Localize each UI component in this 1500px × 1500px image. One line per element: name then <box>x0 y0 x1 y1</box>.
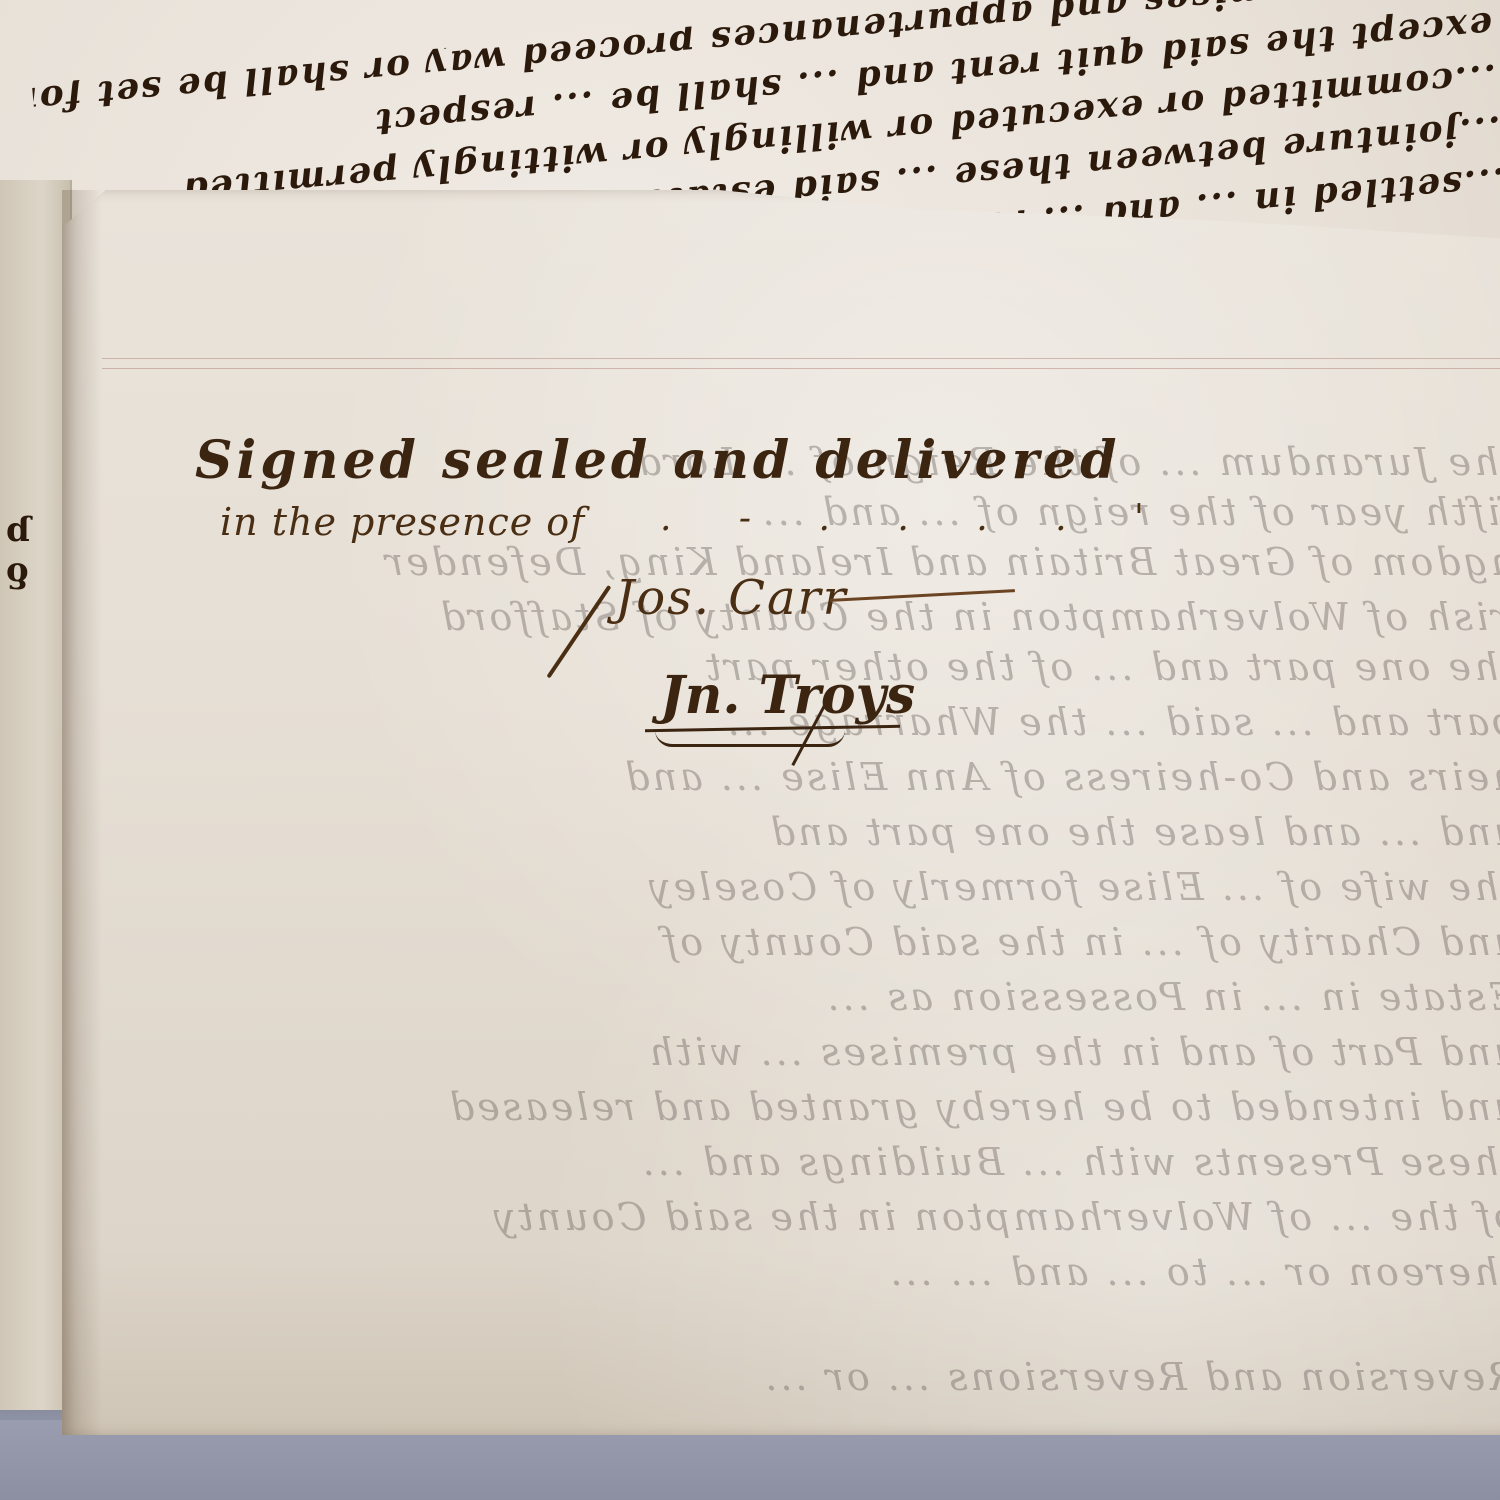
fold-shadow <box>62 190 102 1435</box>
signature-witness-2: Jn. Troys <box>660 665 915 726</box>
show-through-line: ...Reversion and Reversions ... or ... <box>82 1355 1500 1399</box>
show-through-line: ...of the ... of Wolverhampton in the sa… <box>82 1195 1500 1239</box>
show-through-line: ...thereon or ... to ... and ... ... <box>82 1250 1500 1294</box>
attestation-heading: Signed sealed and delivered <box>195 430 1120 491</box>
ruled-line <box>102 368 1500 369</box>
show-through-line: ...and ... and lease the one part and <box>82 810 1500 854</box>
show-through-line: ...and intended to be hereby granted and… <box>82 1085 1500 1129</box>
attestation-dots: . - . . . . ' <box>660 498 1172 539</box>
show-through-line: ...and Charity of ... in the said County… <box>82 920 1500 964</box>
signature-witness-1: Jos. Carr <box>615 570 848 626</box>
ruled-line <box>102 358 1500 359</box>
edge-letter: ƍ <box>6 550 29 590</box>
signature-flourish <box>655 730 845 747</box>
show-through-line: ... <box>82 1305 1500 1349</box>
main-sheet: ...the Jurandum ... of the Reign of ... … <box>62 190 1500 1435</box>
show-through-line: ...these Presents with ... Buildings and… <box>82 1140 1500 1184</box>
show-through-line: ...heirs and Co-heiress of Ann Elise ...… <box>82 755 1500 799</box>
show-through-line: ...and Part of and in the premises ... w… <box>82 1030 1500 1074</box>
attestation-subline: in the presence of <box>220 500 585 544</box>
show-through-line: ...the wife of ... Elise formerly of Cos… <box>82 865 1500 909</box>
edge-letter: ɗ <box>6 510 31 550</box>
show-through-line: ...Estate in ... in Possession as ... <box>82 975 1500 1019</box>
document-photo: ...settled in ... and ... release ...joi… <box>0 0 1500 1500</box>
